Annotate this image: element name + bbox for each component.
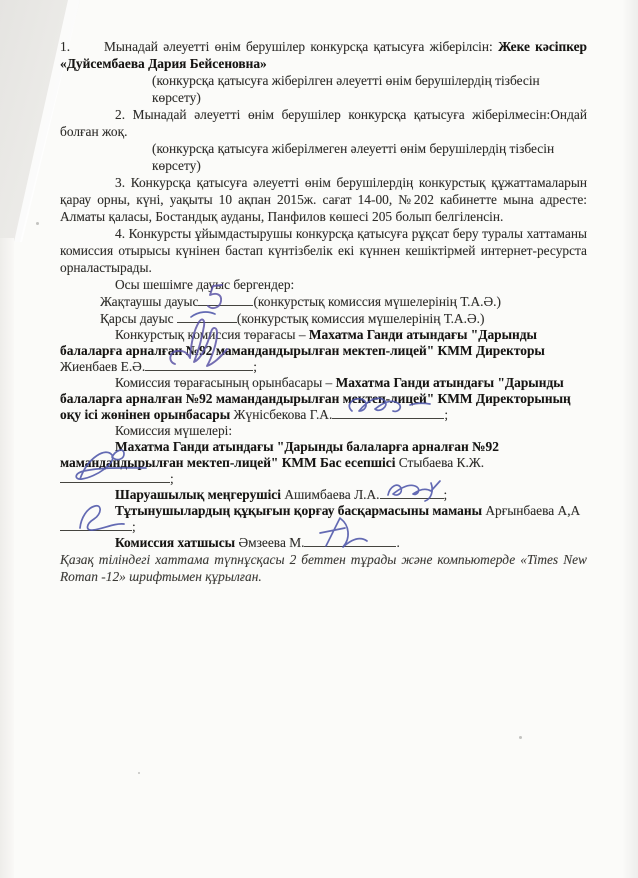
- paragraph-item2: 2. Мынадай әлеуетті өнім берушілер конку…: [60, 106, 587, 140]
- member1-semicolon: ;: [170, 471, 174, 486]
- paragraph-item4: 4. Конкурсты ұйымдастырушы конкурсқа қат…: [60, 225, 587, 276]
- signature-zhunisbekova: [340, 391, 436, 421]
- paragraph-item3: 3. Конкурсқа қатысуға әлеуетті өнім беру…: [60, 174, 587, 225]
- secretary-title: Комиссия хатшысы: [115, 535, 235, 550]
- votes-heading: Осы шешімге дауыс бергендер:: [60, 276, 587, 293]
- chair-semicolon: ;: [253, 359, 257, 374]
- member3-semicolon: ;: [132, 519, 136, 534]
- member2-name: Ашимбаева Л.А.: [281, 487, 380, 502]
- handwritten-five: [206, 282, 226, 309]
- signature-zhienbaev: [167, 318, 247, 374]
- commission-section: Конкурстық комиссия төрағасы – Махатма Г…: [60, 327, 587, 551]
- vote-for-note: (конкурстық комиссия мүшелерінің Т.А.Ә.): [253, 294, 501, 309]
- member3-signature-line: [60, 519, 132, 531]
- vote-against-line: Қарсы дауыс (конкурстық комиссия мүшелер…: [60, 310, 587, 327]
- signature-ashimbaeva: [384, 479, 448, 503]
- scan-speckle: [138, 772, 140, 774]
- vote-for-blank-line: [198, 294, 253, 306]
- commission-members-heading: Комиссия мүшелері:: [60, 423, 587, 439]
- vote-for-label: Жақтаушы дауыс: [100, 294, 198, 309]
- scanned-document-page: 1.Мынадай әлеуетті өнім берушілер конкур…: [0, 0, 638, 878]
- secretary-name: Әмзеева М.: [235, 535, 304, 550]
- deputy-prefix: Комиссия төрағасының орынбасары –: [115, 375, 336, 390]
- paragraph-item1: 1.Мынадай әлеуетті өнім берушілер конкур…: [60, 38, 587, 72]
- signature-amzeeva: [310, 514, 372, 550]
- member1-name: Стыбаева К.Ж.: [395, 455, 484, 470]
- member1-signature-line: [60, 471, 170, 483]
- vote-for-line: Жақтаушы дауыс(конкурстық комиссия мүшел…: [60, 293, 587, 310]
- scan-left-shadow: [0, 238, 14, 878]
- note-line-2: (конкурсқа қатысуға жіберілмеген әлеуетт…: [60, 140, 587, 174]
- deputy-signature-line: [332, 407, 444, 419]
- item1-text: Мынадай әлеуетті өнім берушілер конкурсқ…: [104, 39, 498, 54]
- signature-argynbaeva: [72, 502, 130, 534]
- vote-against-label: Қарсы дауыс: [100, 311, 177, 326]
- member2-title: Шаруашылық меңгерушісі: [115, 487, 281, 502]
- commission-deputy-paragraph: Комиссия төрағасының орынбасары – Махатм…: [60, 375, 587, 423]
- signature-stybaeva: [66, 443, 156, 487]
- scan-speckle: [519, 736, 522, 739]
- member2-signature-line: [380, 487, 444, 499]
- chair-name: Жиенбаев Е.Ә.: [60, 359, 145, 374]
- secretary-paragraph: Комиссия хатшысы Әмзеева М..: [60, 535, 587, 551]
- member3-title: Тұтынушылардың құқығын қорғау басқармасы…: [115, 503, 482, 518]
- deputy-semicolon: ;: [444, 407, 448, 422]
- secretary-signature-line: [304, 535, 396, 547]
- document-body: 1.Мынадай әлеуетті өнім берушілер конкур…: [60, 38, 587, 585]
- commission-member1-paragraph: Махатма Ганди атындағы "Дарынды балаларғ…: [60, 439, 587, 487]
- note-line-1: (конкурсқа қатысуға жіберілген әлеуетті …: [60, 72, 587, 106]
- list-number: 1.: [60, 38, 104, 55]
- deputy-name: Жүнісбекова Г.А.: [230, 407, 332, 422]
- commission-chair-paragraph: Конкурстық комиссия төрағасы – Махатма Г…: [60, 327, 587, 375]
- scan-speckle: [36, 222, 39, 225]
- commission-member2-paragraph: Шаруашылық меңгерушісі Ашимбаева Л.А.;: [60, 487, 587, 503]
- footnote: Қазақ тіліндегі хаттама түпнұсқасы 2 бет…: [60, 551, 587, 585]
- chair-signature-line: [145, 359, 253, 371]
- scan-right-shadow: [622, 0, 638, 878]
- vote-against-note: (конкурстық комиссия мүшелерінің Т.А.Ә.): [237, 311, 485, 326]
- member3-name: Арғынбаева А,А: [482, 503, 580, 518]
- secretary-period: .: [396, 535, 399, 550]
